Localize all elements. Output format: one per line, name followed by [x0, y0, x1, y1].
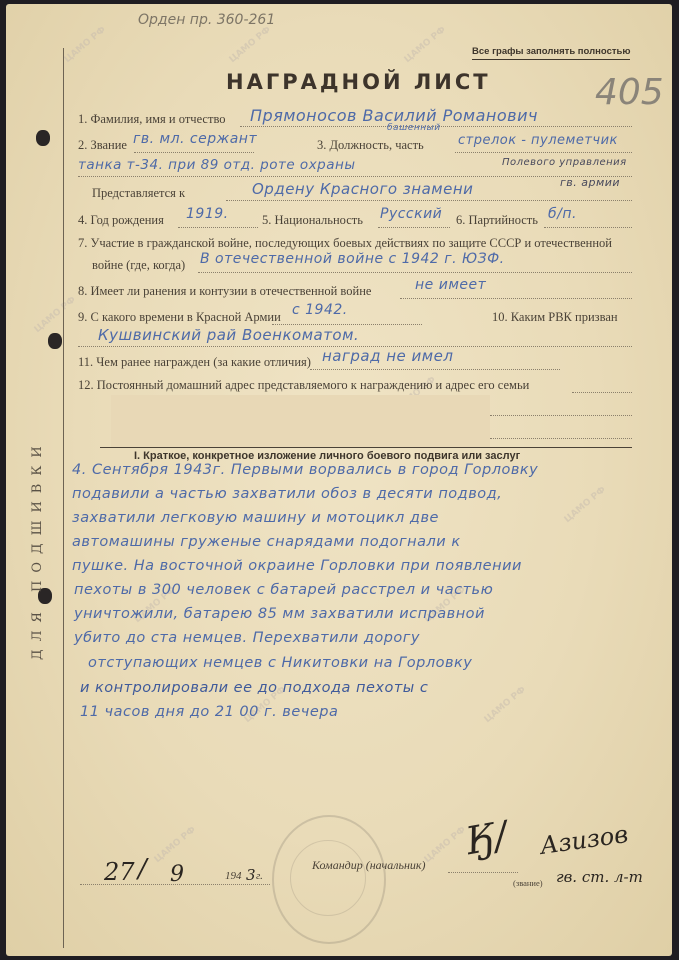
narrative-line: и контролировали ее до подхода пехоты с	[80, 680, 428, 696]
field-4-label: 4. Год рождения	[78, 213, 164, 228]
section-1-heading: I. Краткое, конкретное изложение личного…	[134, 450, 520, 462]
field-3-correction: башенный	[387, 123, 441, 133]
field-9-value: с 1942.	[292, 302, 348, 318]
field-2-value: гв. мл. сержант	[133, 131, 257, 147]
fill-all-note: Все графы заполнять полностью	[472, 46, 630, 60]
field-7-line	[198, 272, 632, 273]
narrative-line: подавили а частью захватили обоз в десят…	[72, 486, 502, 502]
field-7-label-line1: 7. Участие в гражданской войне, последую…	[78, 236, 612, 251]
field-11-value: наград не имел	[322, 347, 453, 365]
field-6-line	[544, 227, 632, 228]
narrative-line: убито до ста немцев. Перехватили дорогу	[74, 630, 420, 646]
field-12-line2	[490, 415, 632, 416]
field-12-line	[572, 392, 632, 393]
field-3-value-line2: танка т-34. при 89 отд. роте охраны	[78, 157, 356, 173]
field-12-line3	[490, 438, 632, 439]
narrative-line: отступающих немцев с Никитовки на Горлов…	[88, 655, 472, 671]
commander-line	[448, 872, 518, 873]
date-year-end: г.	[256, 870, 263, 882]
narrative-line: пушке. На восточной окраине Горловки при…	[72, 558, 522, 574]
field-9-label: 9. С какого времени в Красной Армии	[78, 310, 281, 325]
commander-signature-mark: Ӄ/	[462, 813, 510, 863]
rank-label: (звание)	[513, 878, 543, 888]
field-4-value: 1919.	[186, 206, 229, 222]
field-6-label: 6. Партийность	[456, 213, 538, 228]
document-title: НАГРАДНОЙ ЛИСТ	[226, 70, 491, 94]
date-day: 27	[104, 858, 135, 886]
field-5-label: 5. Национальность	[262, 213, 363, 228]
field-2-line	[134, 152, 254, 153]
date-year-prefix: 194	[225, 870, 242, 882]
field-10-label: 10. Каким РВК призван	[492, 310, 618, 325]
field-5-line	[378, 227, 450, 228]
narrative-line: уничтожили, батарею 85 мм захватили испр…	[74, 606, 485, 622]
field-3-label: 3. Должность, часть	[317, 138, 424, 153]
represented-line	[226, 200, 632, 201]
field-7-label-line2: войне (где, когда)	[92, 258, 185, 273]
field-8-value: не имеет	[415, 277, 486, 293]
narrative-line: захватили легковую машину и мотоцикл две	[72, 510, 439, 526]
date-year-suffix: 3	[246, 866, 256, 884]
binding-label: ДЛЯ ПОДШИВКИ	[30, 438, 45, 660]
redacted-address	[111, 395, 490, 447]
section-divider	[100, 447, 632, 448]
date-slash: /	[138, 854, 147, 884]
field-6-value: б/п.	[548, 206, 577, 222]
rank-value: гв. ст. л-т	[556, 868, 643, 886]
field-10-value: Кушвинский рай Военкоматом.	[98, 326, 359, 344]
narrative-line: 4. Сентября 1943г. Первыми ворвались в г…	[72, 462, 538, 478]
field-3-line2	[78, 176, 632, 177]
official-stamp-inner	[290, 840, 366, 916]
field-3-value-line2-extra: Полевого управления	[502, 157, 627, 168]
binding-hole	[48, 333, 62, 349]
archive-number: 405	[595, 72, 664, 113]
field-7-value: В отечественной войне с 1942 г. ЮЗФ.	[200, 251, 505, 267]
represented-label: Представляется к	[92, 186, 185, 201]
field-4-line	[178, 227, 258, 228]
narrative-line: 11 часов дня до 21 00 г. вечера	[80, 704, 338, 720]
binding-hole	[36, 130, 50, 146]
represented-value: Ордену Красного знамени	[252, 180, 473, 198]
binding-margin-line	[63, 48, 64, 948]
pencil-top-note: Орден пр. 360-261	[138, 12, 275, 28]
field-3-value: стрелок - пулеметчик	[458, 133, 618, 148]
field-2-label: 2. Звание	[78, 138, 127, 153]
field-9-line	[272, 324, 422, 325]
field-8-label: 8. Имеет ли ранения и контузии в отечест…	[78, 284, 371, 299]
field-1-label: 1. Фамилия, имя и отчество	[78, 112, 226, 127]
field-12-label: 12. Постоянный домашний адрес представля…	[78, 378, 529, 393]
field-11-line	[310, 369, 560, 370]
narrative-line: автомашины груженые снарядами подогнали …	[72, 534, 461, 550]
commander-label: Командир (начальник)	[312, 858, 426, 873]
field-8-line	[400, 298, 632, 299]
field-11-label: 11. Чем ранее награжден (за какие отличи…	[78, 355, 311, 370]
narrative-line: пехоты в 300 человек с батарей расстрел …	[74, 582, 493, 598]
field-3-line	[455, 152, 632, 153]
date-month: 9	[170, 862, 184, 887]
represented-value-extra: гв. армии	[560, 176, 620, 189]
field-5-value: Русский	[380, 206, 442, 222]
